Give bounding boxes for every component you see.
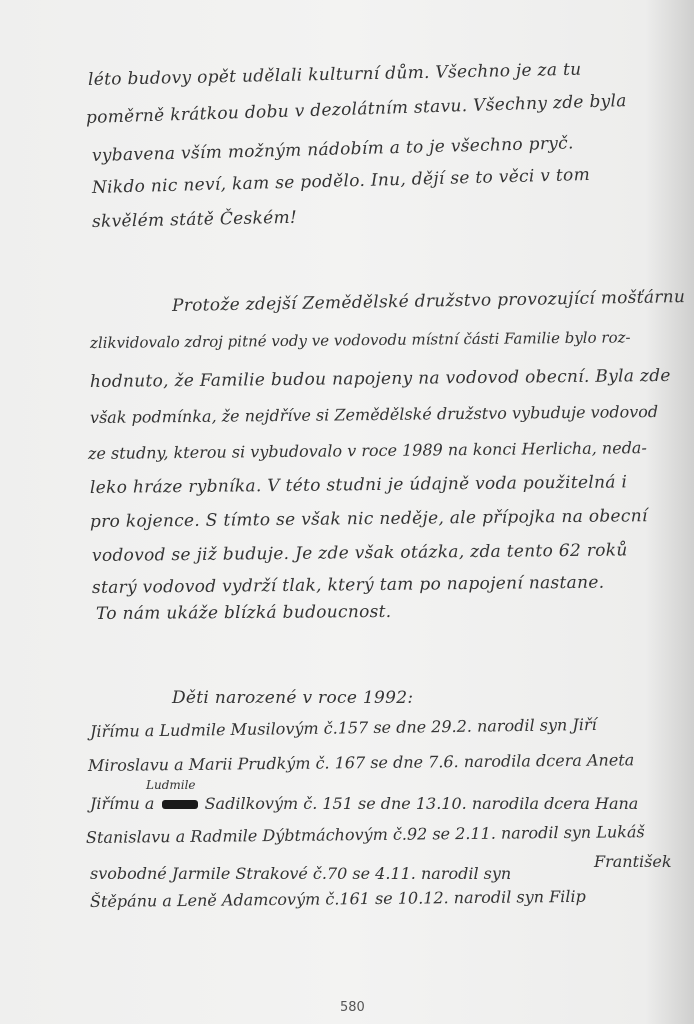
text-line: leko hráze rybníka. V této studni je úda… — [90, 472, 627, 498]
birth-entry-rest: Sadilkovým č. 151 se dne 13.10. narodila… — [205, 794, 639, 813]
birth-entry-son-name: František — [594, 852, 672, 871]
inserted-name: Ludmile — [146, 778, 196, 792]
text-line: hodnuto, že Familie budou napojeny na vo… — [90, 366, 671, 392]
birth-entry: Jiřímu a Sadilkovým č. 151 se dne 13.10.… — [90, 794, 638, 813]
birth-entry: Štěpánu a Leně Adamcovým č.161 se 10.12.… — [90, 887, 586, 911]
text-line: léto budovy opět udělali kulturní dům. V… — [88, 60, 582, 90]
text-line: starý vodovod vydrží tlak, který tam po … — [92, 573, 605, 598]
births-heading: Děti narozené v roce 1992: — [172, 688, 413, 708]
text-line: zlikvidovalo zdroj pitné vody ve vodovod… — [90, 328, 631, 352]
birth-entry: svobodné Jarmile Strakové č.70 se 4.11. … — [90, 864, 511, 883]
text-line: Nikdo nic neví, kam se podělo. Inu, dějí… — [92, 165, 591, 198]
text-line: však podmínka, že nejdříve si Zemědělské… — [90, 402, 658, 427]
text-line: poměrně krátkou dobu v dezolátním stavu.… — [86, 91, 627, 128]
page-number: 580 — [340, 1000, 365, 1015]
birth-entry-start: Jiřímu a — [90, 794, 154, 813]
text-line: vodovod se již buduje. Je zde však otázk… — [92, 540, 628, 566]
birth-entry: Miroslavu a Marii Prudkým č. 167 se dne … — [88, 750, 634, 775]
birth-entry: Stanislavu a Radmile Dýbtmáchovým č.92 s… — [86, 822, 645, 847]
redaction-mark — [162, 800, 198, 809]
scanned-page: léto budovy opět udělali kulturní dům. V… — [0, 0, 694, 1024]
text-line: Protože zdejší Zemědělské družstvo provo… — [172, 287, 686, 316]
text-line: To nám ukáže blízká budoucnost. — [96, 602, 392, 624]
text-line: skvělém státě Českém! — [92, 208, 297, 232]
text-line: vybavena vším možným nádobím a to je vše… — [92, 133, 574, 166]
text-line: ze studny, kterou si vybudovalo v roce 1… — [88, 438, 647, 463]
text-line: pro kojence. S tímto se však nic neděje,… — [90, 506, 648, 532]
birth-entry: Jiřímu a Ludmile Musilovým č.157 se dne … — [90, 715, 597, 741]
